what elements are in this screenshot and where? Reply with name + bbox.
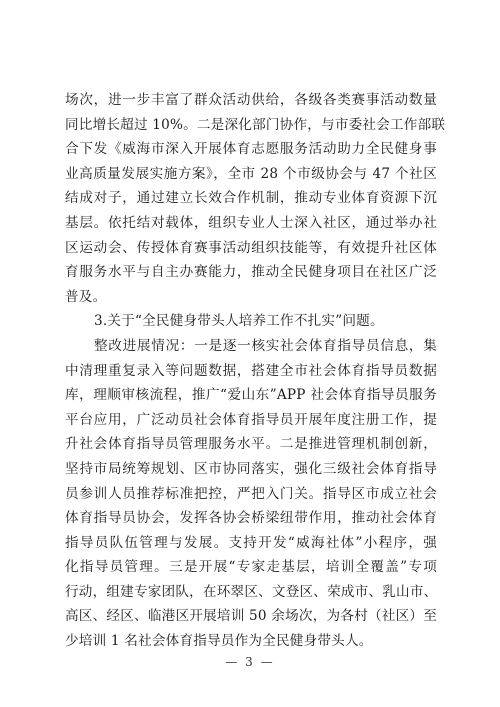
heading-line: 3.关于“全民健身带头人培养工作不扎实”问题。: [65, 309, 437, 334]
text-line: 体育指导员协会，发挥各协会桥梁纽带作用，推动社会体育: [65, 506, 437, 531]
text-line: 育服务水平与自主办赛能力，推动全民健身项目在社区广泛: [65, 260, 437, 285]
text-line: 行动，组建专家团队，在环翠区、文登区、荣成市、乳山市、: [65, 580, 437, 605]
text-line: 库，理顺审核流程，推广“爱山东”APP 社会体育指导员服务: [65, 383, 437, 408]
paragraph-rectification-progress: 整改进展情况：一是逐一核实社会体育指导员信息，集 中清理重复录入等问题数据，搭建…: [65, 334, 437, 654]
text-line: 同比增长超过 10%。二是深化部门协作，与市委社会工作部联: [65, 113, 437, 138]
text-line: 坚持市局统筹规划、区市协同落实，强化三级社会体育指导: [65, 457, 437, 482]
text-line: 合下发《威海市深入开展体育志愿服务活动助力全民健身事: [65, 137, 437, 162]
text-line: 中清理重复录入等问题数据，搭建全市社会体育指导员数据: [65, 359, 437, 384]
text-line: 场次，进一步丰富了群众活动供给，各级各类赛事活动数量: [65, 88, 437, 113]
text-line: 区运动会、传授体育赛事活动组织技能等，有效提升社区体: [65, 236, 437, 261]
section-heading: 3.关于“全民健身带头人培养工作不扎实”问题。: [65, 309, 437, 334]
text-line: 高区、经区、临港区开展培训 50 余场次，为各村（社区）至: [65, 604, 437, 629]
text-line: 普及。: [65, 285, 437, 310]
text-line: 少培训 1 名社会体育指导员作为全民健身带头人。: [65, 629, 437, 654]
text-line: 指导员队伍管理与发展。支持开发“威海社体”小程序，强: [65, 531, 437, 556]
text-line: 业高质量发展实施方案》，全市 28 个市级协会与 47 个社区: [65, 162, 437, 187]
text-line: 基层。依托结对载体，组织专业人士深入社区，通过举办社: [65, 211, 437, 236]
text-line: 结成对子，通过建立长效合作机制，推动专业体育资源下沉: [65, 186, 437, 211]
text-line: 整改进展情况：一是逐一核实社会体育指导员信息，集: [65, 334, 437, 359]
page-number: — 3 —: [0, 655, 500, 669]
document-page: 场次，进一步丰富了群众活动供给，各级各类赛事活动数量 同比增长超过 10%。二是…: [0, 0, 500, 707]
text-line: 化指导员管理。三是开展“专家走基层，培训全覆盖”专项: [65, 555, 437, 580]
paragraph-continuation: 场次，进一步丰富了群众活动供给，各级各类赛事活动数量 同比增长超过 10%。二是…: [65, 88, 437, 309]
text-line: 平台应用，广泛动员社会体育指导员开展年度注册工作，提: [65, 408, 437, 433]
text-line: 升社会体育指导员管理服务水平。二是推进管理机制创新，: [65, 432, 437, 457]
document-body: 场次，进一步丰富了群众活动供给，各级各类赛事活动数量 同比增长超过 10%。二是…: [65, 88, 437, 654]
text-line: 员参训人员推荐标准把控，严把入门关。指导区市成立社会: [65, 482, 437, 507]
